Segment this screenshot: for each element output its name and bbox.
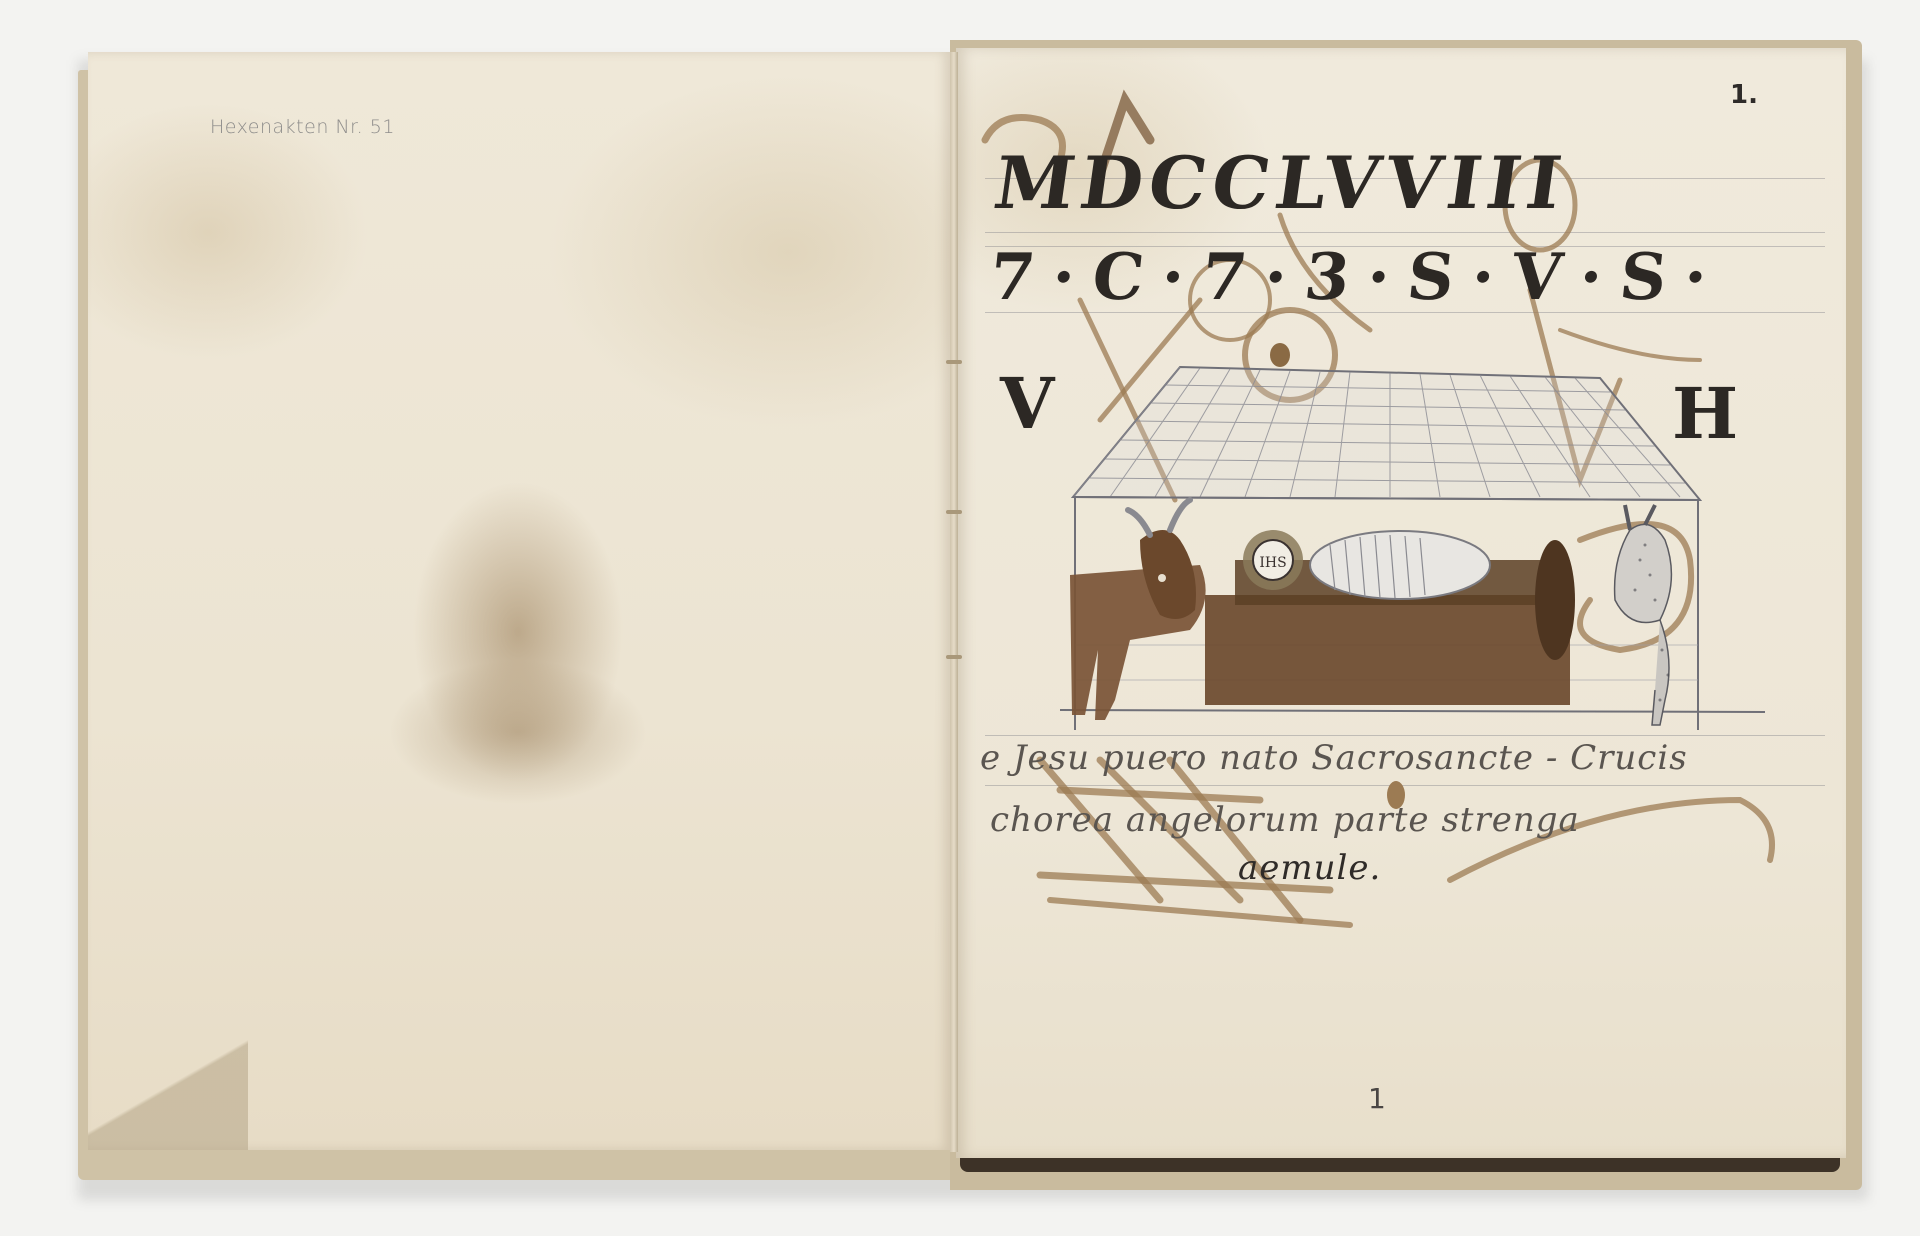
initial-h: H (1672, 372, 1744, 455)
text-line-3: aemule. (1238, 848, 1381, 888)
initial-v: V (1000, 362, 1060, 445)
text-line-2: chorea angelorum parte strenga (990, 800, 1580, 840)
page-number: 1 (1368, 1082, 1386, 1115)
text-line-1: e Jesu puero nato Sacrosancte - Crucis (980, 738, 1688, 778)
halo-inscription: IHS (1259, 555, 1286, 571)
illustration-and-flourishes: IHS (0, 0, 1920, 1236)
heading-cipher-line: 7·C·7·3·S·V·S· (986, 240, 1728, 315)
heading-date-roman: MDCCLVVIII (989, 140, 1573, 225)
